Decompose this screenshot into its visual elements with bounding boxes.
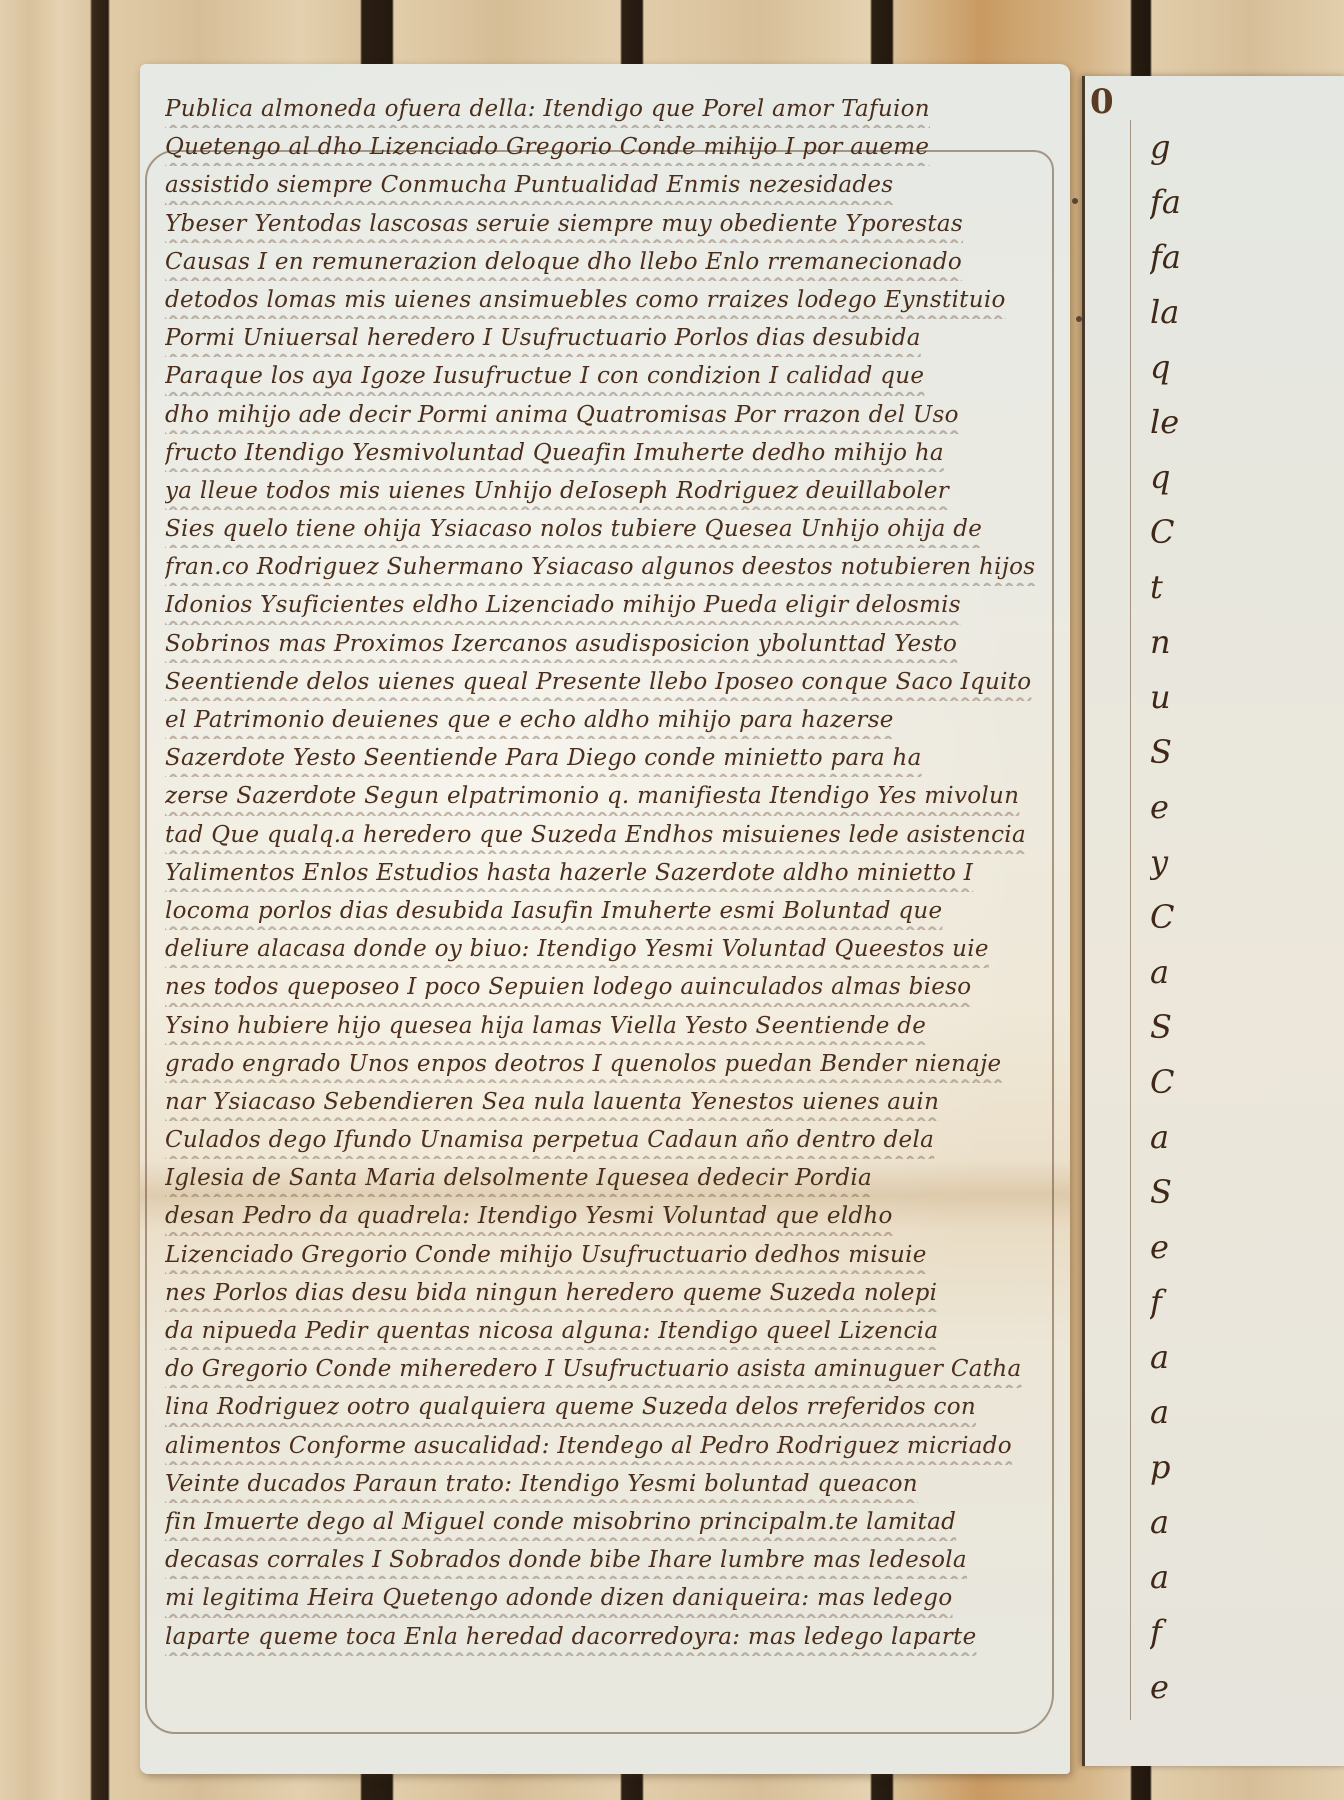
manuscript-line: Seentiende delos uienes queal Presente l… (165, 663, 1055, 701)
right-page-line-fragment: C (1150, 890, 1340, 945)
right-page-line-fragment: C (1150, 505, 1340, 560)
right-page-line-fragment: q (1150, 450, 1340, 505)
right-page-line-fragment: u (1150, 670, 1340, 725)
right-page-line-fragment: fa (1150, 175, 1340, 230)
right-page-line-fragment: e (1150, 1660, 1340, 1715)
manuscript-line: da nipueda Pedir quentas nicosa alguna: … (165, 1312, 1055, 1350)
right-page-line-fragment: e (1150, 1220, 1340, 1275)
right-page-line-fragment: S (1150, 1165, 1340, 1220)
manuscript-line: fin Imuerte dego al Miguel conde misobri… (165, 1503, 1055, 1541)
manuscript-line: Quetengo al dho Lizenciado Gregorio Cond… (165, 128, 1055, 166)
right-page-line-fragment: g (1150, 120, 1340, 175)
binding-hole (1076, 316, 1082, 322)
right-page-line-fragment: C (1150, 1055, 1340, 1110)
right-page-line-fragment: a (1150, 1330, 1340, 1385)
right-page-line-fragment: fa (1150, 230, 1340, 285)
manuscript-line: Sobrinos mas Proximos Izercanos asudispo… (165, 625, 1055, 663)
handwritten-text-block: Publica almoneda ofuera della: Itendigo … (165, 90, 1055, 1656)
right-page-line-fragment: S (1150, 725, 1340, 780)
right-page-line-fragment: n (1150, 615, 1340, 670)
manuscript-line: Idonios Ysuficientes eldho Lizenciado mi… (165, 586, 1055, 624)
manuscript-line: Causas I en remunerazion deloque dho lle… (165, 243, 1055, 281)
right-page-line-fragment: y (1150, 835, 1340, 890)
right-page-line-fragment: S (1150, 1000, 1340, 1055)
manuscript-line: Publica almoneda ofuera della: Itendigo … (165, 90, 1055, 128)
manuscript-line: nar Ysiacaso Sebendieren Sea nula lauent… (165, 1083, 1055, 1121)
right-page-line-fragment: f (1150, 1605, 1340, 1660)
right-page-text-fragments: gfafalaqleqCtnuSeyCaSCaSefaapaafe (1150, 120, 1340, 1715)
manuscript-line: locoma porlos dias desubida Iasufin Imuh… (165, 892, 1055, 930)
manuscript-line: lina Rodriguez ootro qualquiera queme Su… (165, 1388, 1055, 1426)
manuscript-line: el Patrimonio deuienes que e echo aldho … (165, 701, 1055, 739)
manuscript-line: Veinte ducados Paraun trato: Itendigo Ye… (165, 1465, 1055, 1503)
manuscript-line: zerse Sazerdote Segun elpatrimonio q. ma… (165, 777, 1055, 815)
manuscript-line: alimentos Conforme asucalidad: Itendego … (165, 1427, 1055, 1465)
right-page-line-fragment: p (1150, 1440, 1340, 1495)
binding-hole (1072, 198, 1078, 204)
manuscript-line: mi legitima Heira Quetengo adonde dizen … (165, 1579, 1055, 1617)
manuscript-line: grado engrado Unos enpos deotros I queno… (165, 1045, 1055, 1083)
manuscript-line: Ysino hubiere hijo quesea hija lamas Vie… (165, 1007, 1055, 1045)
folio-mark: 0 (1090, 82, 1114, 122)
manuscript-line: ya lleue todos mis uienes Unhijo deIosep… (165, 472, 1055, 510)
manuscript-line: Culados dego Ifundo Unamisa perpetua Cad… (165, 1121, 1055, 1159)
right-page-line-fragment: a (1150, 945, 1340, 1000)
right-page-line-fragment: e (1150, 780, 1340, 835)
right-page-line-fragment: le (1150, 395, 1340, 450)
manuscript-line: Iglesia de Santa Maria delsolmente Iques… (165, 1159, 1055, 1197)
right-page-line-fragment: q (1150, 340, 1340, 395)
manuscript-line: Pormi Uniuersal heredero I Usufructuario… (165, 319, 1055, 357)
manuscript-line: Yalimentos Enlos Estudios hasta hazerle … (165, 854, 1055, 892)
right-page-line-fragment: a (1150, 1495, 1340, 1550)
manuscript-line: fran.co Rodriguez Suhermano Ysiacaso alg… (165, 548, 1055, 586)
manuscript-line: tad Que qualq.a heredero que Suzeda Endh… (165, 816, 1055, 854)
manuscript-line: desan Pedro da quadrela: Itendigo Yesmi … (165, 1197, 1055, 1235)
right-page-line-fragment: t (1150, 560, 1340, 615)
manuscript-line: fructo Itendigo Yesmivoluntad Queafin Im… (165, 434, 1055, 472)
right-page-margin-rule (1130, 120, 1137, 1720)
manuscript-line: decasas corrales I Sobrados donde bibe I… (165, 1541, 1055, 1579)
right-page-line-fragment: f (1150, 1275, 1340, 1330)
manuscript-line: do Gregorio Conde miheredero I Usufructu… (165, 1350, 1055, 1388)
manuscript-line: detodos lomas mis uienes ansimuebles com… (165, 281, 1055, 319)
right-page-line-fragment: a (1150, 1110, 1340, 1165)
manuscript-line: Paraque los aya Igoze Iusufructue I con … (165, 357, 1055, 395)
manuscript-line: nes Porlos dias desu bida ningun hereder… (165, 1274, 1055, 1312)
right-page-line-fragment: la (1150, 285, 1340, 340)
manuscript-line: dho mihijo ade decir Pormi anima Quatrom… (165, 396, 1055, 434)
manuscript-line: Lizenciado Gregorio Conde mihijo Usufruc… (165, 1236, 1055, 1274)
right-page-line-fragment: a (1150, 1385, 1340, 1440)
manuscript-line: nes todos queposeo I poco Sepuien lodego… (165, 968, 1055, 1006)
manuscript-line: Ybeser Yentodas lascosas seruie siempre … (165, 205, 1055, 243)
manuscript-line: assistido siempre Conmucha Puntualidad E… (165, 166, 1055, 204)
manuscript-line: Sazerdote Yesto Seentiende Para Diego co… (165, 739, 1055, 777)
manuscript-line: laparte queme toca Enla heredad dacorred… (165, 1618, 1055, 1656)
manuscript-line: deliure alacasa donde oy biuo: Itendigo … (165, 930, 1055, 968)
manuscript-line: Sies quelo tiene ohija Ysiacaso nolos tu… (165, 510, 1055, 548)
right-page-line-fragment: a (1150, 1550, 1340, 1605)
